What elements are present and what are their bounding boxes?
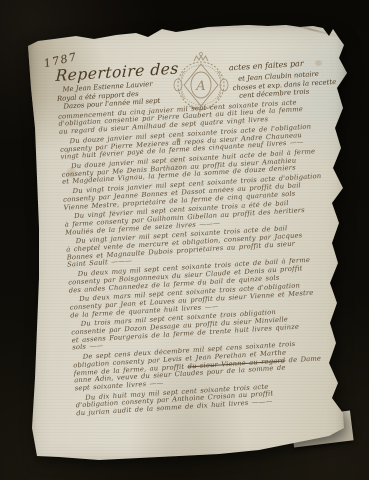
stamp-monogram: A bbox=[195, 79, 205, 94]
manuscript-page: 1787 Repertoire des actes en faites par … bbox=[26, 22, 350, 466]
manuscript-page-wrap: 1787 Repertoire des actes en faites par … bbox=[26, 22, 350, 466]
royal-tax-stamp-icon: A bbox=[172, 51, 230, 115]
photograph-background: 1787 Repertoire des actes en faites par … bbox=[0, 0, 369, 480]
manuscript-body: commencement du cinq janvier mil sept ce… bbox=[58, 97, 357, 419]
